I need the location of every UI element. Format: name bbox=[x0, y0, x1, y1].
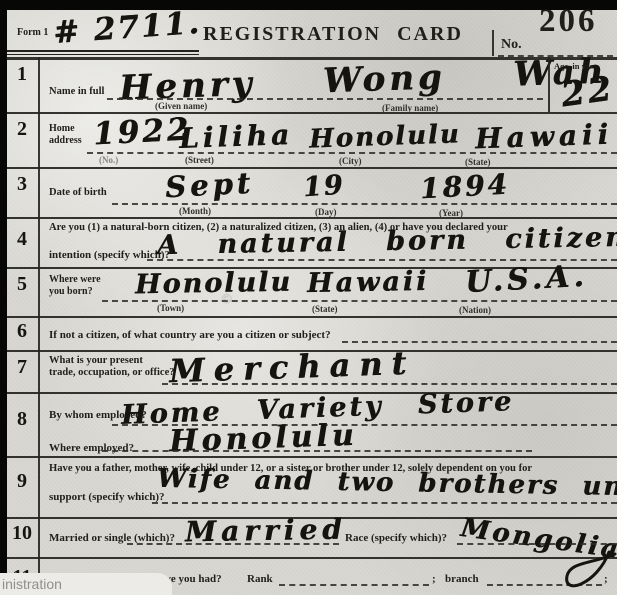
scanned-registration-card: Form 1 # 2711. REGISTRATION CARD No. 206… bbox=[0, 0, 617, 595]
where-employed-label: Where employed? bbox=[49, 442, 134, 454]
dependents-dotted-line bbox=[152, 502, 617, 504]
given-name-caption: (Given name) bbox=[155, 101, 207, 111]
row-separator bbox=[7, 112, 617, 114]
handwriting-descender-loop bbox=[527, 550, 617, 595]
card-title: REGISTRATION CARD bbox=[203, 29, 463, 40]
partial-caption-text: inistration bbox=[2, 576, 62, 592]
form-number-label: Form 1 bbox=[17, 27, 48, 38]
born-label-2: you born? bbox=[49, 286, 93, 297]
street-caption: (Street) bbox=[185, 155, 214, 165]
line-number-7: 7 bbox=[7, 356, 37, 379]
home-address-label-2: address bbox=[49, 135, 82, 146]
age-label: Age, in yrs. bbox=[554, 61, 595, 72]
address-street-handwritten: Liliha bbox=[178, 118, 293, 155]
address-dotted-line bbox=[87, 152, 617, 154]
subject-question: If not a citizen, of what country are yo… bbox=[49, 329, 331, 341]
race-dotted-line bbox=[457, 543, 617, 545]
dependents-answer-handwritten: Wife and two brothers under 12 bbox=[157, 464, 617, 504]
number-column-line bbox=[38, 57, 40, 595]
trade-dotted-line bbox=[162, 383, 617, 385]
header-divider-line bbox=[492, 30, 494, 56]
registration-card: Form 1 # 2711. REGISTRATION CARD No. 206… bbox=[7, 10, 617, 595]
subject-dotted-line bbox=[342, 341, 617, 343]
month-caption: (Month) bbox=[179, 206, 211, 216]
born-state-handwritten: Hawaii bbox=[307, 266, 430, 299]
rank-semicolon: ; bbox=[432, 573, 436, 585]
employed-place-handwritten: Honolulu bbox=[168, 418, 358, 460]
race-label: Race (specify which)? bbox=[345, 532, 447, 544]
watermark: © bbox=[222, 291, 232, 306]
line-number-8: 8 bbox=[7, 408, 37, 431]
address-state-handwritten: Hawaii bbox=[474, 118, 613, 156]
branch-label: branch bbox=[445, 573, 479, 585]
birth-year-handwritten: 1894 bbox=[419, 168, 511, 206]
age-box-line bbox=[548, 57, 550, 112]
born-nation-handwritten: U.S.A. bbox=[464, 259, 588, 300]
rank-label: Rank bbox=[247, 573, 273, 585]
card-no-label: No. bbox=[501, 39, 522, 50]
row-separator bbox=[7, 167, 617, 169]
line-number-4: 4 bbox=[7, 228, 37, 251]
trade-label-1: What is your present bbox=[49, 355, 143, 366]
row-separator bbox=[7, 456, 617, 458]
state-caption: (State) bbox=[465, 157, 491, 167]
trade-label-2: trade, occupation, or office? bbox=[49, 367, 175, 378]
line-number-3: 3 bbox=[7, 173, 37, 196]
row-separator bbox=[7, 557, 617, 559]
state-caption-2: (State) bbox=[312, 304, 338, 314]
birth-day-handwritten: 19 bbox=[302, 170, 346, 204]
rank-dotted-line bbox=[279, 584, 429, 586]
employed-place-dotted-line bbox=[102, 450, 532, 452]
address-city-handwritten: Honolulu bbox=[309, 119, 462, 154]
town-caption: (Town) bbox=[157, 303, 184, 313]
row-separator bbox=[7, 217, 617, 219]
married-dotted-line bbox=[127, 543, 339, 545]
name-dotted-line bbox=[107, 98, 543, 100]
handwritten-serial-number: # 2711. bbox=[52, 5, 202, 51]
line-number-10: 10 bbox=[7, 522, 37, 545]
family-name-caption: (Family name) bbox=[382, 103, 438, 113]
born-town-handwritten: Honolulu bbox=[135, 267, 292, 301]
card-number: 206 bbox=[539, 16, 598, 27]
row-separator bbox=[7, 316, 617, 318]
dependents-question-line2: support (specify which)? bbox=[49, 491, 165, 503]
line-number-1: 1 bbox=[7, 63, 37, 86]
nation-caption: (Nation) bbox=[459, 305, 491, 315]
day-caption: (Day) bbox=[315, 207, 337, 217]
birth-dotted-line bbox=[112, 203, 617, 205]
address-number-handwritten: 1922 bbox=[92, 111, 192, 152]
header-underline-1 bbox=[7, 50, 199, 52]
home-address-label-1: Home bbox=[49, 123, 75, 134]
header-underline-2 bbox=[7, 54, 199, 55]
born-dotted-line bbox=[102, 300, 617, 302]
birth-month-handwritten: Sept bbox=[164, 166, 255, 205]
name-label: Name in full bbox=[49, 86, 104, 97]
line-number-5: 5 bbox=[7, 273, 37, 296]
born-label-1: Where were bbox=[49, 274, 101, 285]
age-value-handwritten: 22 bbox=[558, 68, 616, 115]
city-caption: (City) bbox=[339, 156, 362, 166]
year-caption: (Year) bbox=[439, 208, 463, 218]
address-no-caption: (No.) bbox=[99, 155, 118, 165]
line-number-9: 9 bbox=[7, 470, 37, 493]
date-of-birth-label: Date of birth bbox=[49, 187, 107, 198]
line-number-6: 6 bbox=[7, 320, 37, 343]
line-number-2: 2 bbox=[7, 118, 37, 141]
